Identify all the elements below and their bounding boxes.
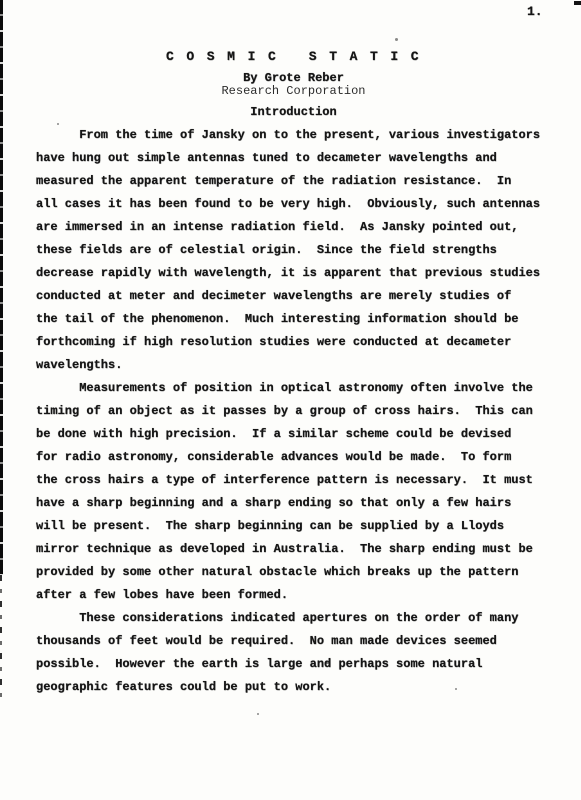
text-line: mirror technique as developed in Austral… — [36, 538, 566, 561]
text-line: the cross hairs a type of interference p… — [36, 469, 566, 492]
paragraph-introduction-1: From the time of Jansky on to the presen… — [36, 124, 566, 377]
text-line: have hung out simple antennas tuned to d… — [36, 147, 566, 170]
document-body: From the time of Jansky on to the presen… — [36, 124, 566, 699]
corner-mark-artifact — [574, 1, 581, 5]
text-line: These considerations indicated apertures… — [36, 607, 566, 630]
text-line: all cases it has been found to be very h… — [36, 193, 566, 216]
author-affiliation: Research Corporation — [36, 84, 551, 98]
scan-speck — [395, 38, 398, 41]
text-line: for radio astronomy, considerable advanc… — [36, 446, 566, 469]
text-line: measured the apparent temperature of the… — [36, 170, 566, 193]
author-byline: By Grote Reber — [36, 71, 551, 85]
text-line: provided by some other natural obstacle … — [36, 561, 566, 584]
section-heading: Introduction — [36, 105, 551, 119]
document-title: C O S M I C S T A T I C — [36, 49, 551, 64]
page-number: 1. — [527, 4, 543, 19]
scanned-document-page: 1. C O S M I C S T A T I C By Grote Rebe… — [0, 0, 581, 800]
text-line: From the time of Jansky on to the presen… — [36, 124, 566, 147]
scan-speck — [257, 713, 259, 715]
text-line: have a sharp beginning and a sharp endin… — [36, 492, 566, 515]
paragraph-introduction-3: These considerations indicated apertures… — [36, 607, 566, 699]
text-line: possible. However the earth is large and… — [36, 653, 566, 676]
text-line: are immersed in an intense radiation fie… — [36, 216, 566, 239]
text-line: will be present. The sharp beginning can… — [36, 515, 566, 538]
paragraph-introduction-2: Measurements of position in optical astr… — [36, 377, 566, 607]
scan-edge-artifact-lower — [0, 575, 2, 700]
text-line: geographic features could be put to work… — [36, 676, 566, 699]
text-line: conducted at meter and decimeter wavelen… — [36, 285, 566, 308]
text-line: after a few lobes have been formed. — [36, 584, 566, 607]
text-line: decrease rapidly with wavelength, it is … — [36, 262, 566, 285]
scan-edge-artifact — [0, 0, 3, 575]
text-line: wavelengths. — [36, 354, 566, 377]
text-line: be done with high precision. If a simila… — [36, 423, 566, 446]
text-line: these fields are of celestial origin. Si… — [36, 239, 566, 262]
text-line: thousands of feet would be required. No … — [36, 630, 566, 653]
text-line: Measurements of position in optical astr… — [36, 377, 566, 400]
text-line: forthcoming if high resolution studies w… — [36, 331, 566, 354]
text-line: timing of an object as it passes by a gr… — [36, 400, 566, 423]
text-line: the tail of the phenomenon. Much interes… — [36, 308, 566, 331]
